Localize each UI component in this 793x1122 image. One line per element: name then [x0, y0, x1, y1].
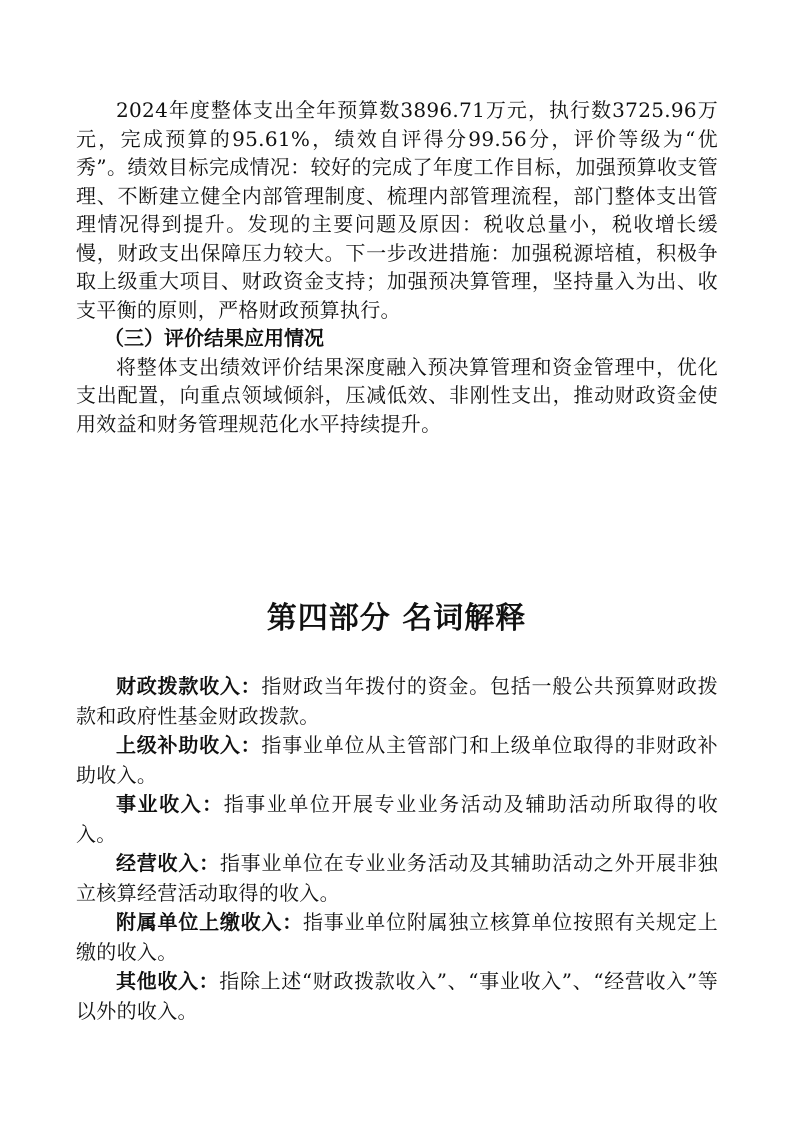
glossary-term: 上级补助收入： — [116, 733, 261, 757]
glossary-entry: 上级补助收入：指事业单位从主管部门和上级单位取得的非财政补助收入。 — [76, 731, 718, 790]
evaluation-application-paragraph: 将整体支出绩效评价结果深度融入预决算管理和资金管理中，优化支出配置，向重点领域倾… — [76, 353, 718, 439]
subheading-evaluation-results: （三）评价结果应用情况 — [76, 324, 718, 353]
glossary-entry: 经营收入：指事业单位在专业业务活动及其辅助活动之外开展非独立核算经营活动取得的收… — [76, 849, 718, 908]
performance-summary-paragraph: 2024年度整体支出全年预算数3896.71万元，执行数3725.96万元，完成… — [76, 96, 718, 324]
glossary-entry: 事业收入：指事业单位开展专业业务活动及辅助活动所取得的收入。 — [76, 790, 718, 849]
glossary-term: 财政拨款收入： — [116, 674, 261, 698]
glossary: 财政拨款收入：指财政当年拨付的资金。包括一般公共预算财政拨款和政府性基金财政拨款… — [76, 672, 718, 1026]
glossary-entry: 其他收入：指除上述“财政拨款收入”、“事业收入”、“经营收入”等以外的收入。 — [76, 967, 718, 1026]
performance-section: 2024年度整体支出全年预算数3896.71万元，执行数3725.96万元，完成… — [76, 96, 718, 438]
glossary-term: 经营收入： — [116, 851, 220, 875]
part-four-title: 第四部分 名词解释 — [0, 593, 793, 637]
glossary-term: 附属单位上缴收入： — [116, 910, 303, 934]
glossary-term: 事业收入： — [116, 792, 224, 816]
glossary-term: 其他收入： — [116, 969, 219, 993]
glossary-entry: 财政拨款收入：指财政当年拨付的资金。包括一般公共预算财政拨款和政府性基金财政拨款… — [76, 672, 718, 731]
glossary-entry: 附属单位上缴收入：指事业单位附属独立核算单位按照有关规定上缴的收入。 — [76, 908, 718, 967]
